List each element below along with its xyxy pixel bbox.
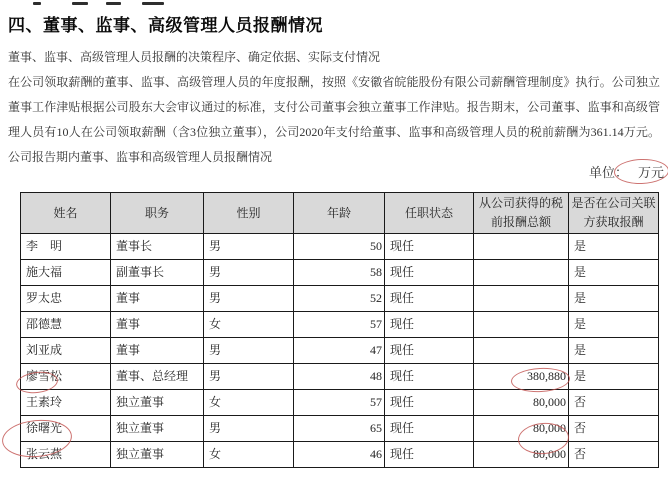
cut-off-text-fragment [142, 2, 164, 5]
paragraph-line: 董事工作津贴根据公司股东大会审议通过的标准，支付公司董事会独立董事工作津贴。报告… [8, 95, 660, 120]
cell-age: 48 [294, 364, 385, 390]
unit-note: 单位：万元 [589, 162, 664, 184]
paragraph-line: 公司报告期内董事、监事和高级管理人员报酬情况 [8, 145, 660, 170]
cell-status: 现任 [385, 234, 474, 260]
cell-status: 现任 [385, 312, 474, 338]
cell-compensation: 80,000 [474, 416, 569, 442]
cell-compensation: 80,000 [474, 390, 569, 416]
body-paragraphs: 董事、监事、高级管理人员报酬的决策程序、确定依据、实际支付情况 在公司领取薪酬的… [8, 45, 660, 170]
cell-name: 罗太忠 [21, 286, 111, 312]
cell-related-party: 是 [569, 286, 659, 312]
cell-position: 独立董事 [111, 416, 204, 442]
cell-status: 现任 [385, 286, 474, 312]
col-header-position: 职务 [111, 193, 204, 234]
cell-name: 邵德慧 [21, 312, 111, 338]
table-row: 刘亚成 董事 男 47 现任 是 [21, 338, 659, 364]
cell-related-party: 否 [569, 416, 659, 442]
cell-position: 董事、总经理 [111, 364, 204, 390]
cell-age: 52 [294, 286, 385, 312]
paragraph-line: 在公司领取薪酬的董事、监事、高级管理人员的年度报酬，按照《安徽省皖能股份有限公司… [8, 70, 660, 95]
cell-gender: 女 [204, 390, 294, 416]
cell-compensation [474, 312, 569, 338]
cell-gender: 女 [204, 312, 294, 338]
section-title: 四、董事、监事、高级管理人员报酬情况 [8, 11, 323, 36]
cell-name: 徐曙光 [21, 416, 111, 442]
table-row: 邵德慧 董事 女 57 现任 是 [21, 312, 659, 338]
cell-related-party: 是 [569, 234, 659, 260]
col-header-status: 任职状态 [385, 193, 474, 234]
cell-age: 57 [294, 390, 385, 416]
col-header-age: 年龄 [294, 193, 385, 234]
cell-name: 张云燕 [21, 442, 111, 468]
cell-compensation: 80,000 [474, 442, 569, 468]
cell-position: 董事 [111, 286, 204, 312]
cell-status: 现任 [385, 442, 474, 468]
report-page: 四、董事、监事、高级管理人员报酬情况 董事、监事、高级管理人员报酬的决策程序、确… [0, 0, 668, 486]
col-header-related-party: 是否在公司关联方获取报酬 [569, 193, 659, 234]
cut-off-text-fragment [106, 2, 121, 5]
cell-gender: 男 [204, 234, 294, 260]
cell-age: 47 [294, 338, 385, 364]
cell-gender: 男 [204, 260, 294, 286]
table-row: 施大福 副董事长 男 58 现任 是 [21, 260, 659, 286]
cell-gender: 男 [204, 416, 294, 442]
cell-age: 46 [294, 442, 385, 468]
cell-name: 王素玲 [21, 390, 111, 416]
cell-age: 58 [294, 260, 385, 286]
cell-compensation: 380,880 [474, 364, 569, 390]
col-header-name: 姓名 [21, 193, 111, 234]
cell-position: 独立董事 [111, 390, 204, 416]
cell-compensation [474, 286, 569, 312]
table-row: 罗太忠 董事 男 52 现任 是 [21, 286, 659, 312]
cell-status: 现任 [385, 260, 474, 286]
cell-status: 现任 [385, 338, 474, 364]
unit-value: 万元 [638, 165, 664, 180]
table-header-row: 姓名 职务 性别 年龄 任职状态 从公司获得的税前报酬总额 是否在公司关联方获取… [21, 193, 659, 234]
cell-position: 董事长 [111, 234, 204, 260]
cell-related-party: 否 [569, 390, 659, 416]
cell-compensation [474, 234, 569, 260]
cell-age: 65 [294, 416, 385, 442]
compensation-table: 姓名 职务 性别 年龄 任职状态 从公司获得的税前报酬总额 是否在公司关联方获取… [20, 192, 659, 468]
cell-gender: 女 [204, 442, 294, 468]
cell-gender: 男 [204, 286, 294, 312]
cell-compensation [474, 260, 569, 286]
cell-status: 现任 [385, 364, 474, 390]
table-row: 李 明 董事长 男 50 现任 是 [21, 234, 659, 260]
cell-status: 现任 [385, 416, 474, 442]
cell-gender: 男 [204, 364, 294, 390]
cell-name: 刘亚成 [21, 338, 111, 364]
cell-position: 独立董事 [111, 442, 204, 468]
cell-position: 副董事长 [111, 260, 204, 286]
cell-related-party: 是 [569, 312, 659, 338]
cell-name: 廖雪松 [21, 364, 111, 390]
cell-related-party: 是 [569, 364, 659, 390]
table-row: 王素玲 独立董事 女 57 现任 80,000 否 [21, 390, 659, 416]
unit-label: 单位： [589, 165, 628, 180]
cell-age: 57 [294, 312, 385, 338]
cell-name: 施大福 [21, 260, 111, 286]
cell-gender: 男 [204, 338, 294, 364]
col-header-gender: 性别 [204, 193, 294, 234]
cell-age: 50 [294, 234, 385, 260]
cell-compensation [474, 338, 569, 364]
cell-related-party: 是 [569, 260, 659, 286]
cell-status: 现任 [385, 390, 474, 416]
cell-related-party: 否 [569, 442, 659, 468]
cell-name: 李 明 [21, 234, 111, 260]
cell-position: 董事 [111, 312, 204, 338]
col-header-pretax-compensation: 从公司获得的税前报酬总额 [474, 193, 569, 234]
paragraph-line: 理人员有10人在公司领取薪酬（含3位独立董事），公司2020年支付给董事、监事和… [8, 120, 660, 145]
cell-related-party: 是 [569, 338, 659, 364]
table-row: 廖雪松 董事、总经理 男 48 现任 380,880 是 [21, 364, 659, 390]
cut-off-text-fragment [72, 2, 88, 5]
table-row: 徐曙光 独立董事 男 65 现任 80,000 否 [21, 416, 659, 442]
table-row: 张云燕 独立董事 女 46 现任 80,000 否 [21, 442, 659, 468]
paragraph-line: 董事、监事、高级管理人员报酬的决策程序、确定依据、实际支付情况 [8, 45, 660, 70]
cut-off-text-fragment [33, 2, 41, 5]
cell-position: 董事 [111, 338, 204, 364]
